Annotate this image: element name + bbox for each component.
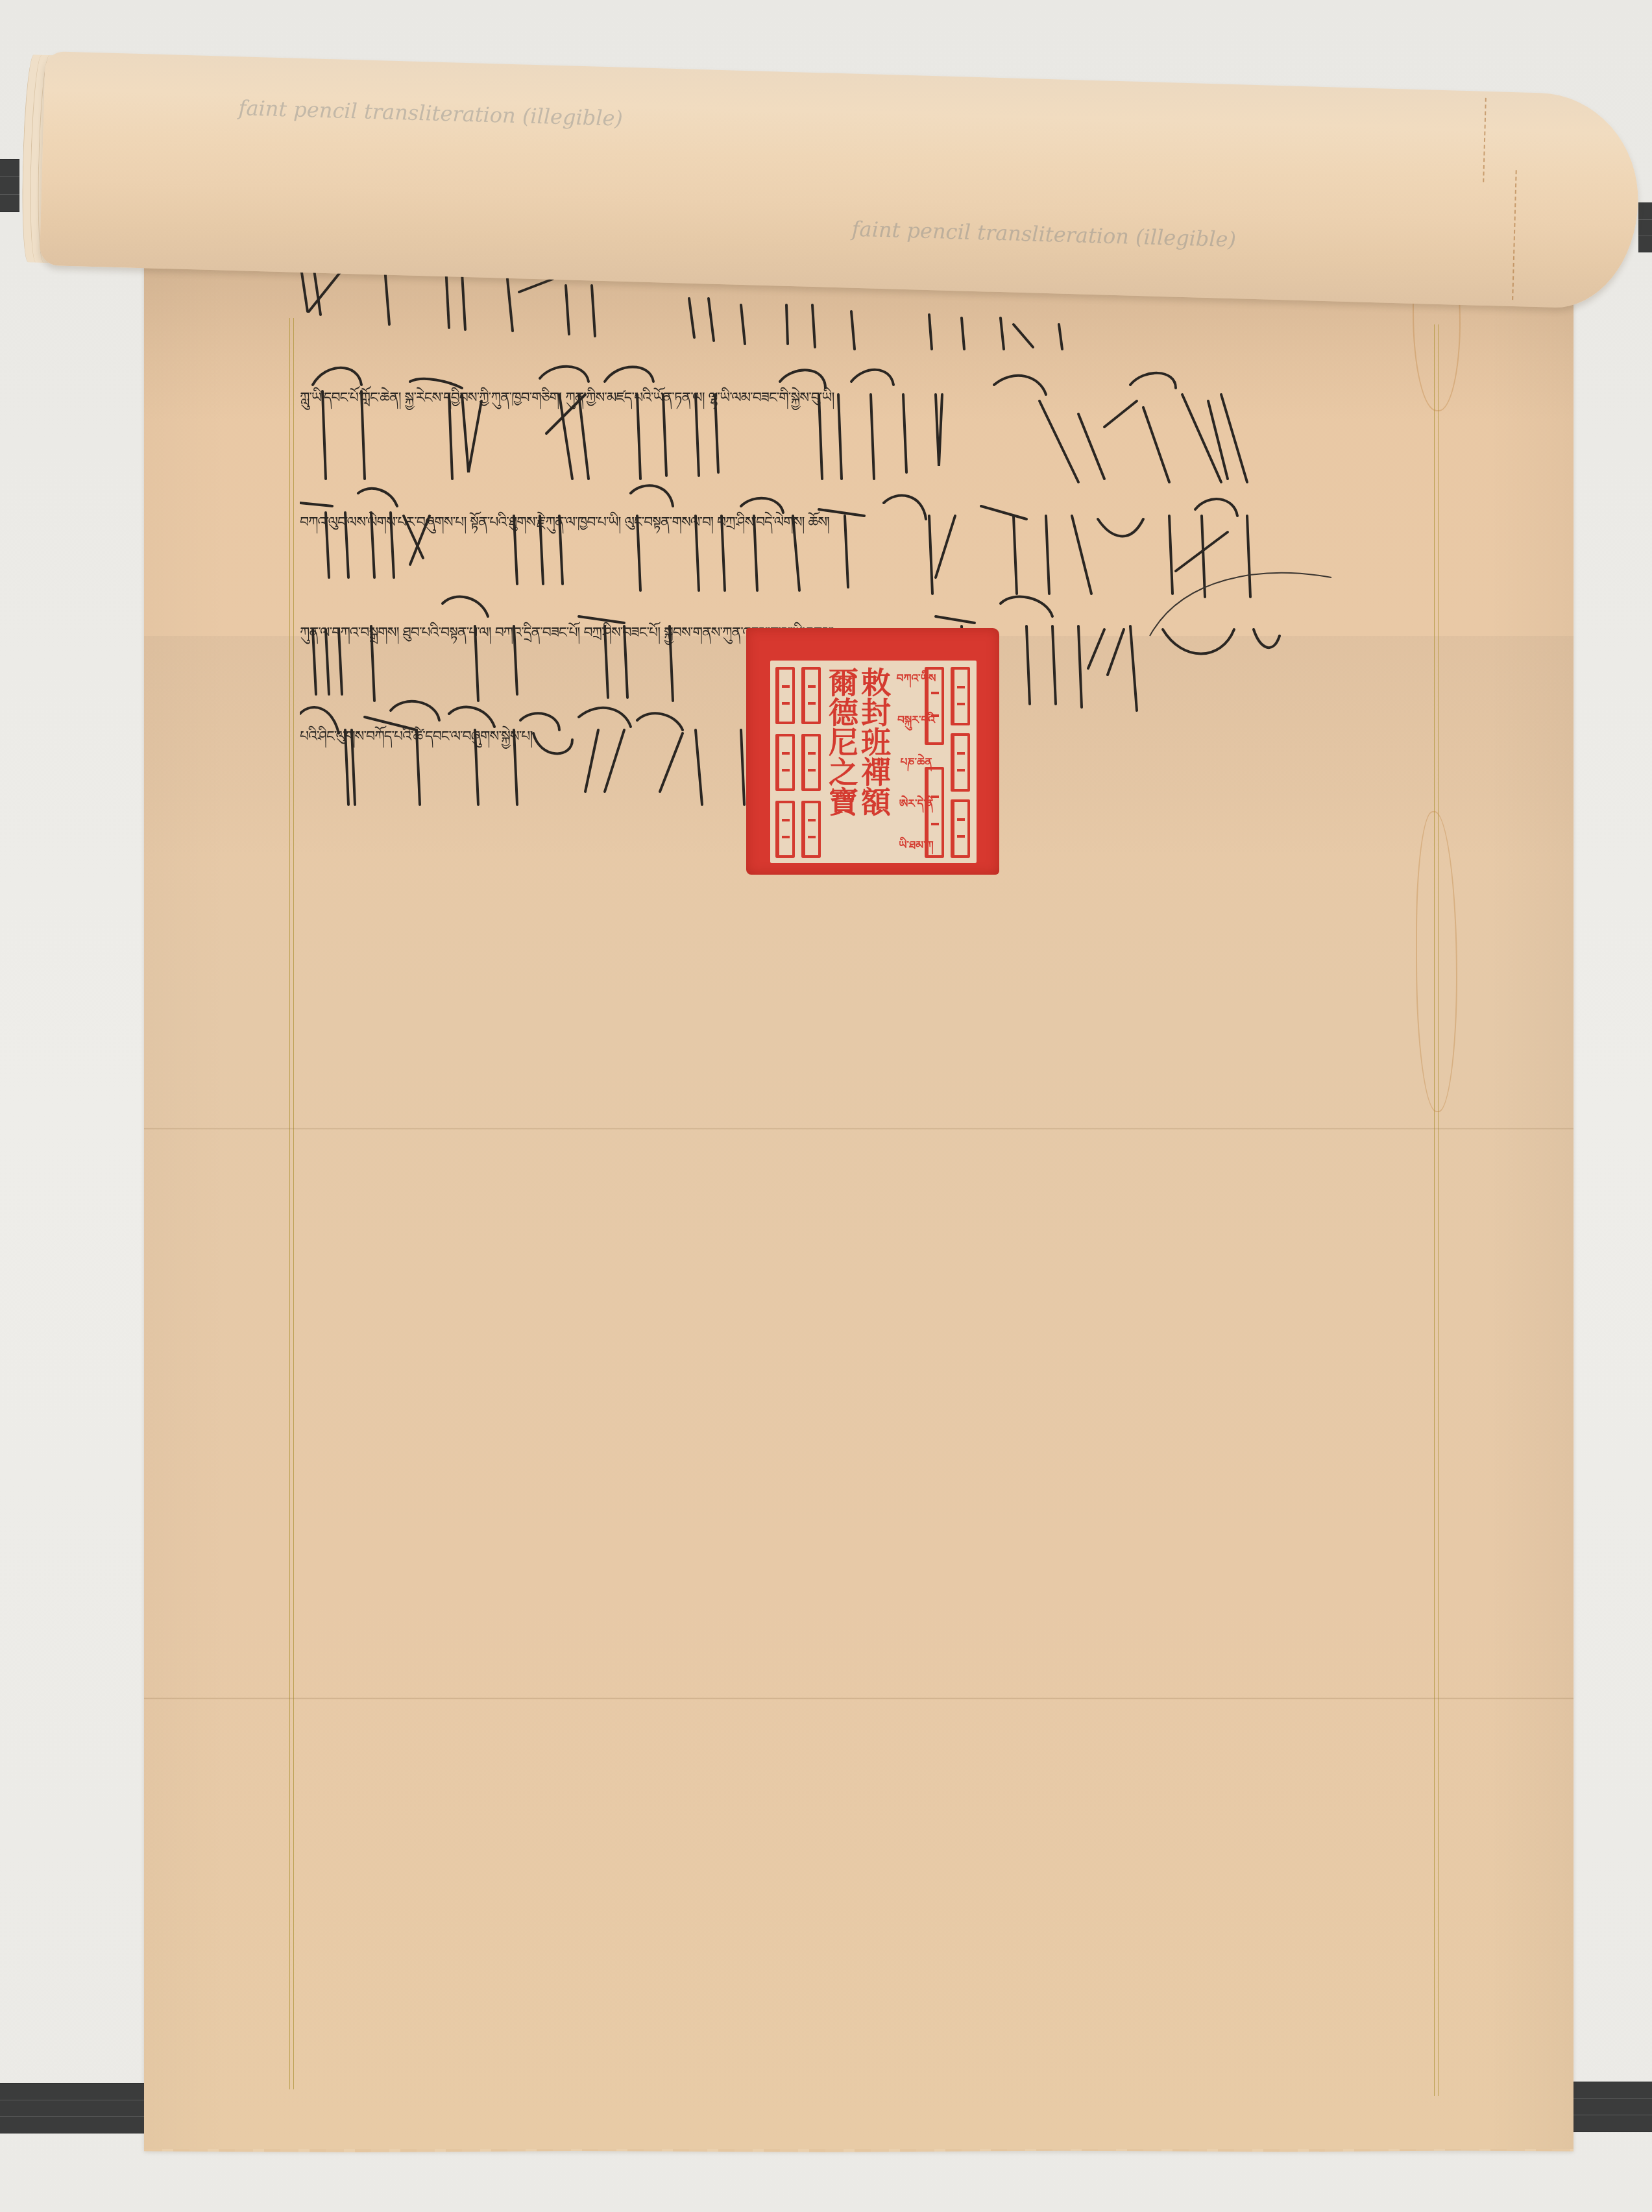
roll-body: faint pencil transliteration (illegible)… — [40, 51, 1641, 310]
seal-han-column: 敕封班禪額 — [858, 667, 890, 858]
ribbon-bottom-left — [0, 2083, 152, 2133]
tibetan-text-line: ཀླུ་ཡི་དབང་པོ་ཀློང་ཆེན། སྐྱ་རེངས་དབྱིབས་… — [300, 382, 834, 422]
seal-han-column: 爾德尼之寶 — [826, 667, 857, 858]
seal-script-column — [949, 667, 971, 858]
text-line-2: ཀླུ་ཡི་དབང་པོ་ཀློང་ཆེན། སྐྱ་རེངས་དབྱིབས་… — [300, 356, 1442, 485]
paper-crack — [1512, 170, 1517, 300]
seal-script-glyph — [801, 667, 821, 724]
ribbon-top-left — [0, 159, 19, 212]
seal-script-glyph — [775, 801, 795, 858]
fold-crease — [144, 1697, 1573, 1699]
seal-script-glyph — [951, 733, 970, 792]
seal-script-column — [923, 667, 945, 858]
seal-han-text: 敕封班禪額 — [855, 667, 893, 816]
seal-script-glyph — [775, 667, 795, 724]
red-seal: 爾德尼之寶 敕封班禪額 བཀའ་ཡིས བསྐུར་བའི པཎ་ཆེན ཨེར… — [746, 628, 999, 875]
seal-script-glyph — [775, 734, 795, 791]
paper-crack — [1483, 98, 1487, 182]
seal-script-glyph — [925, 767, 944, 858]
ribbon-bottom-right — [1561, 2082, 1652, 2132]
scroll-sheet: ཀླུ་ཡི་དབང་པོ་ཀློང་ཆེན། སྐྱ་རེངས་དབྱིབས་… — [144, 253, 1573, 2150]
tibetan-text-line: པའི་ཤིང་ལུགས་བཀོད་པའི་ཚེ་དབང་ལ་བཞུགས་སྐྱ… — [300, 720, 532, 760]
seal-script-column — [774, 667, 796, 858]
seal-field: 爾德尼之寶 敕封班禪額 བཀའ་ཡིས བསྐུར་བའི པཎ་ཆེན ཨེར… — [770, 661, 977, 863]
seal-script-glyph — [951, 799, 970, 858]
text-line-5: པའི་ཤིང་ལུགས་བཀོད་པའི་ཚེ་དབང་ལ་བཞུགས་སྐྱ… — [300, 694, 754, 824]
fold-crease — [144, 1128, 1573, 1130]
seal-script-glyph — [925, 667, 944, 745]
seal-script-glyph — [801, 801, 821, 858]
scroll-photo: ཀླུ་ཡི་དབང་པོ་ཀློང་ཆེན། སྐྱ་རེངས་དབྱིབས་… — [0, 0, 1652, 2212]
torn-bottom-edge — [144, 2149, 1573, 2153]
margin-rule-left — [289, 318, 294, 2089]
seal-script-glyph — [801, 734, 821, 791]
rolled-scroll-top: faint pencil transliteration (illegible)… — [20, 51, 1652, 317]
pencil-note: faint pencil transliteration (illegible) — [851, 217, 1236, 252]
pencil-note: faint pencil transliteration (illegible) — [238, 95, 623, 131]
seal-script-column — [800, 667, 822, 858]
seal-script-glyph — [951, 667, 970, 725]
tibetan-text-line: བཀའ་ལུང་ལས་ལེགས་པར་བཞུགས་པ། སྟོན་པའི་ཐུག… — [300, 506, 829, 546]
